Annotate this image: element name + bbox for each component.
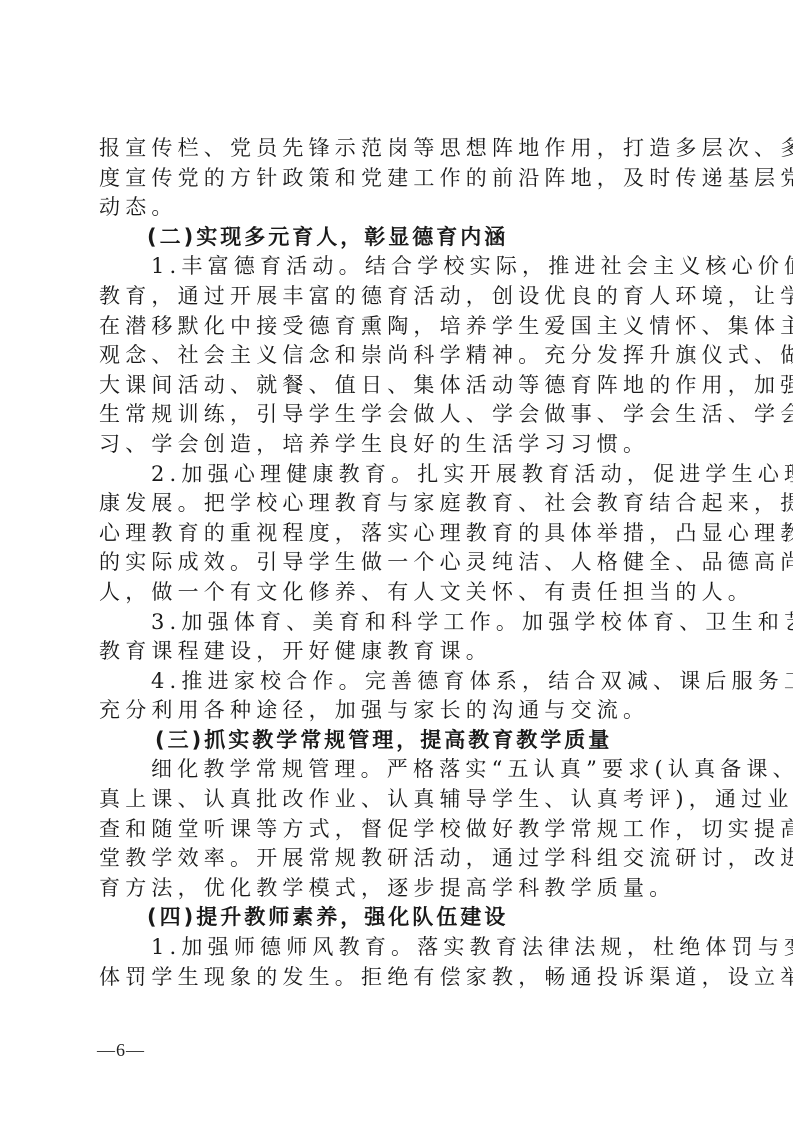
paragraph-line: 动态。 <box>99 193 695 223</box>
paragraph-line: 教育，通过开展丰富的德育活动，创设优良的育人环境，让学生 <box>99 282 695 312</box>
paragraph-line: 在潜移默化中接受德育熏陶，培养学生爱国主义情怀、集体主义 <box>99 312 695 342</box>
paragraph-line: 堂教学效率。开展常规教研活动，通过学科组交流研讨，改进教 <box>99 844 695 874</box>
paragraph-line: 3.加强体育、美育和科学工作。加强学校体育、卫生和艺术 <box>99 608 695 638</box>
paragraph-line: 1.加强师德师风教育。落实教育法律法规，杜绝体罚与变相 <box>99 933 695 963</box>
paragraph-line: 2.加强心理健康教育。扎实开展教育活动，促进学生心理健 <box>99 460 695 490</box>
paragraph-line: 观念、社会主义信念和崇尚科学精神。充分发挥升旗仪式、做操、 <box>99 341 695 371</box>
paragraph-line: 育方法，优化教学模式，逐步提高学科教学质量。 <box>99 874 695 904</box>
paragraph-line: 体罚学生现象的发生。拒绝有偿家教，畅通投诉渠道，设立举报 <box>99 963 695 993</box>
paragraph-line: 心理教育的重视程度，落实心理教育的具体举措，凸显心理教育 <box>99 519 695 549</box>
paragraph-line: 细化教学常规管理。严格落实“五认真”要求(认真备课、认 <box>99 755 695 785</box>
section-heading-2: (二)实现多元育人，彰显德育内涵 <box>99 223 695 253</box>
paragraph-line: 大课间活动、就餐、值日、集体活动等德育阵地的作用，加强学 <box>99 371 695 401</box>
paragraph-line: 真上课、认真批改作业、认真辅导学生、认真考评)，通过业务检 <box>99 785 695 815</box>
paragraph-line: 教育课程建设，开好健康教育课。 <box>99 637 695 667</box>
page-number: —6— <box>97 1040 145 1061</box>
paragraph-line: 的实际成效。引导学生做一个心灵纯洁、人格健全、品德高尚的 <box>99 548 695 578</box>
paragraph-line: 人，做一个有文化修养、有人文关怀、有责任担当的人。 <box>99 578 695 608</box>
document-page: 报宣传栏、党员先锋示范岗等思想阵地作用，打造多层次、多角 度宣传党的方针政策和党… <box>0 0 793 1122</box>
paragraph-line: 充分利用各种途径，加强与家长的沟通与交流。 <box>99 696 695 726</box>
document-body: 报宣传栏、党员先锋示范岗等思想阵地作用，打造多层次、多角 度宣传党的方针政策和党… <box>99 134 695 992</box>
paragraph-line: 康发展。把学校心理教育与家庭教育、社会教育结合起来，提高 <box>99 489 695 519</box>
section-heading-4: (四)提升教师素养，强化队伍建设 <box>99 903 695 933</box>
paragraph-line: 1.丰富德育活动。结合学校实际，推进社会主义核心价值观 <box>99 252 695 282</box>
paragraph-line: 生常规训练，引导学生学会做人、学会做事、学会生活、学会学 <box>99 400 695 430</box>
paragraph-line: 4.推进家校合作。完善德育体系，结合双减、课后服务工作， <box>99 667 695 697</box>
paragraph-line: 报宣传栏、党员先锋示范岗等思想阵地作用，打造多层次、多角 <box>99 134 695 164</box>
paragraph-line: 查和随堂听课等方式，督促学校做好教学常规工作，切实提高课 <box>99 815 695 845</box>
paragraph-line: 习、学会创造，培养学生良好的生活学习习惯。 <box>99 430 695 460</box>
paragraph-line: 度宣传党的方针政策和党建工作的前沿阵地，及时传递基层党建 <box>99 164 695 194</box>
section-heading-3: (三)抓实教学常规管理，提高教育教学质量 <box>99 726 695 756</box>
